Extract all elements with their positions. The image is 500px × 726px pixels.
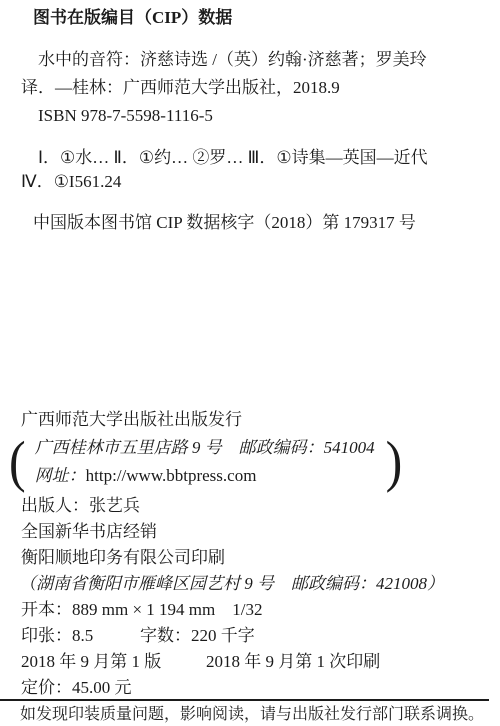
format-line: 开本：889 mm × 1 194 mm 1/32 — [21, 599, 262, 621]
cip-classification-line-1: Ⅰ．①水… Ⅱ．①约… ②罗… Ⅲ．①诗集—英国—近代 — [38, 147, 428, 169]
edition-value: 2018 年 9 月第 1 版 — [21, 651, 206, 673]
publisher-person-line: 出版人：张艺兵 — [21, 495, 140, 517]
printer-address-line: （湖南省衡阳市雁峰区园艺村 9 号 邮政编码：421008） — [19, 573, 444, 595]
divider-rule — [0, 699, 489, 701]
publisher-address-block: ( 广西桂林市五里店路 9 号 邮政编码：541004 网址：http://ww… — [9, 431, 402, 491]
sheets-wordcount-line: 印张：8.5字数：220 千字 — [21, 625, 255, 647]
price-line: 定价：45.00 元 — [21, 677, 132, 699]
right-parenthesis-decoration: ) — [386, 427, 403, 496]
word-count-value: 字数：220 千字 — [140, 626, 255, 645]
website-label: 网址： — [35, 466, 86, 485]
printing-value: 2018 年 9 月第 1 次印刷 — [206, 652, 380, 671]
cip-classification-line-2: Ⅳ．①I561.24 — [21, 171, 121, 193]
publisher-line: 广西师范大学出版社出版发行 — [21, 409, 242, 431]
left-parenthesis-decoration: ( — [9, 427, 26, 496]
distribution-line: 全国新华书店经销 — [21, 521, 157, 543]
cip-registry-line: 中国版本图书馆 CIP 数据核字（2018）第 179317 号 — [33, 212, 416, 234]
website-line: 网址：http://www.bbtpress.com — [35, 464, 382, 487]
publisher-address-line: 广西桂林市五里店路 9 号 邮政编码：541004 — [35, 436, 382, 459]
edition-printing-line: 2018 年 9 月第 1 版2018 年 9 月第 1 次印刷 — [21, 651, 380, 673]
cip-copyright-page: 图书在版编目（CIP）数据 水中的音符：济慈诗选 /（英）约翰·济慈著；罗美玲 … — [0, 0, 500, 726]
quality-notice-line: 如发现印装质量问题，影响阅读，请与出版社发行部门联系调换。 — [20, 704, 484, 726]
cip-entry-line-2: 译．—桂林：广西师范大学出版社，2018.9 — [21, 77, 340, 99]
printer-line: 衡阳顺地印务有限公司印刷 — [21, 547, 225, 569]
website-url: http://www.bbtpress.com — [86, 466, 257, 485]
cip-entry-line-1: 水中的音符：济慈诗选 /（英）约翰·济慈著；罗美玲 — [38, 49, 427, 71]
sheets-value: 印张：8.5 — [21, 625, 140, 647]
isbn-line: ISBN 978-7-5598-1116-5 — [38, 105, 213, 127]
cip-heading: 图书在版编目（CIP）数据 — [33, 7, 232, 29]
